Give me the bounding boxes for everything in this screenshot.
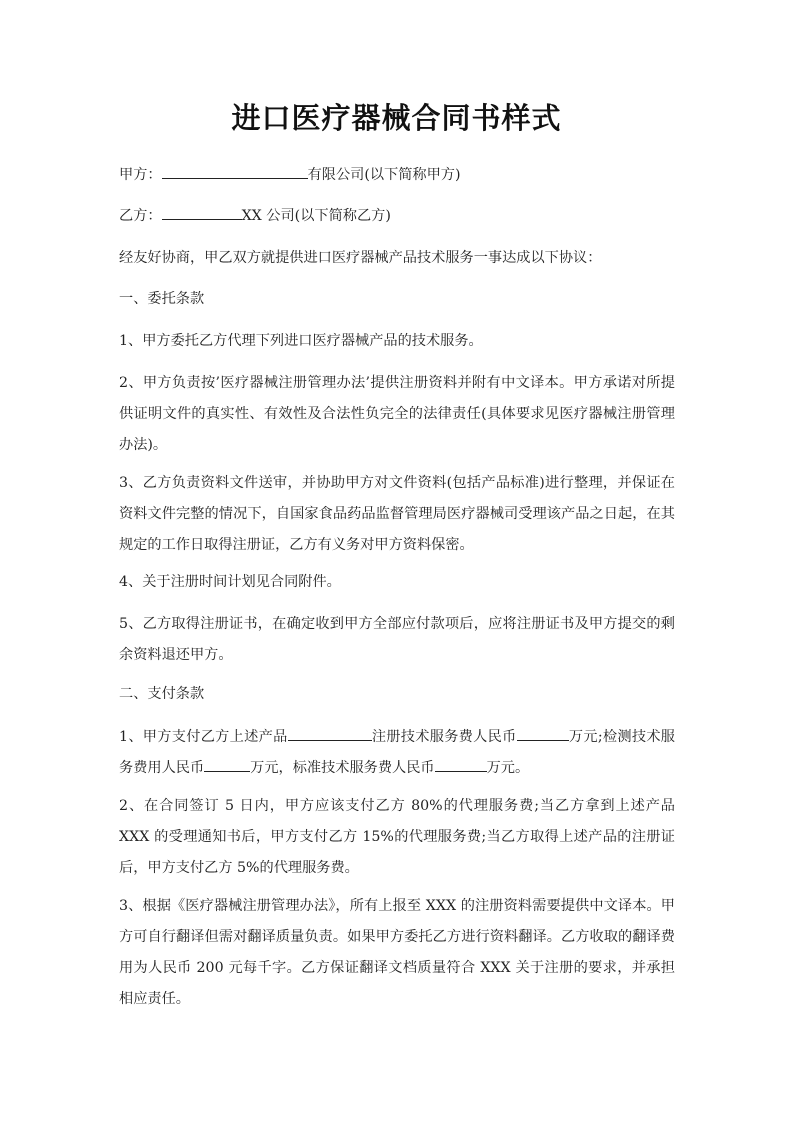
party-b-label: 乙方： xyxy=(119,208,162,224)
section1-item-4: 4、关于注册时间计划见合同附件。 xyxy=(119,567,675,598)
item1-text-5: 万元。 xyxy=(487,760,530,776)
item1-text-2: 注册技术服务费人民币 xyxy=(372,729,517,745)
section2-item-2: 2、在合同签订 5 日内，甲方应该支付乙方 80%的代理服务费;当乙方拿到上述产… xyxy=(119,791,675,884)
document-page: 进口医疗器械合同书样式 甲方：有限公司(以下简称甲方) 乙方：XX 公司(以下简… xyxy=(0,0,793,1122)
party-b-blank[interactable] xyxy=(162,205,242,220)
section1-item-5: 5、乙方取得注册证书，在确定收到甲方全部应付款项后，应将注册证书及甲方提交的剩余… xyxy=(119,609,675,671)
section1-item-2: 2、甲方负责按’医疗器械注册管理办法’提供注册资料并附有中文译本。甲方承诺对所提… xyxy=(119,368,675,461)
party-a-label: 甲方： xyxy=(119,167,162,183)
party-a-line: 甲方：有限公司(以下简称甲方) xyxy=(119,160,675,191)
party-a-suffix: 有限公司(以下简称甲方) xyxy=(308,167,461,183)
party-b-line: 乙方：XX 公司(以下简称乙方) xyxy=(119,201,675,232)
item1-text-1: 1、甲方支付乙方上述产品 xyxy=(119,729,288,745)
product-blank[interactable] xyxy=(288,726,372,741)
testing-fee-blank[interactable] xyxy=(204,757,250,772)
item1-text-4: 万元，标准技术服务费人民币 xyxy=(250,760,434,776)
section1-item-1: 1、甲方委托乙方代理下列进口医疗器械产品的技术服务。 xyxy=(119,326,675,357)
section1-item-3: 3、乙方负责资料文件送审，并协助甲方对文件资料(包括产品标准)进行整理，并保证在… xyxy=(119,468,675,561)
intro-paragraph: 经友好协商，甲乙双方就提供进口医疗器械产品技术服务一事达成以下协议： xyxy=(119,243,675,274)
registration-fee-blank[interactable] xyxy=(517,726,569,741)
party-a-blank[interactable] xyxy=(162,164,308,179)
party-b-suffix: XX 公司(以下简称乙方) xyxy=(242,208,391,224)
section2-item-1: 1、甲方支付乙方上述产品注册技术服务费人民币万元;检测技术服务费用人民币万元，标… xyxy=(119,722,675,784)
document-title: 进口医疗器械合同书样式 xyxy=(0,96,793,137)
standard-fee-blank[interactable] xyxy=(435,757,487,772)
section2-item-3: 3、根据《医疗器械注册管理办法》，所有上报至 XXX 的注册资料需要提供中文译本… xyxy=(119,891,675,1015)
section2-heading: 二、支付条款 xyxy=(119,679,675,710)
section1-heading: 一、委托条款 xyxy=(119,284,675,315)
